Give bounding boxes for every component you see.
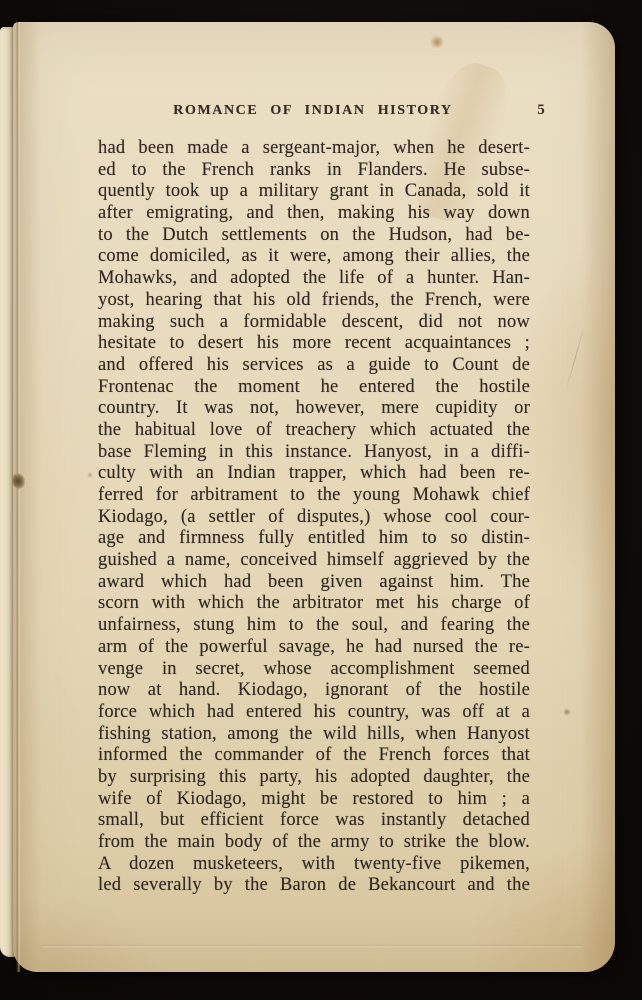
text-line: led severally by the Baron de Bekancourt… (98, 875, 530, 897)
scratch-mark (565, 323, 585, 391)
text-line: fishing station, among the wild hills, w… (98, 724, 530, 746)
text-line: venge in secret, whose accomplishment se… (98, 659, 530, 681)
text-line: age and firmness fully entitled him to s… (98, 528, 530, 550)
text-line: arm of the powerful savage, he had nurse… (98, 637, 530, 659)
text-line: culty with an Indian trapper, which had … (98, 463, 530, 485)
text-line: guished a name, conceived himself aggrie… (98, 550, 530, 572)
text-line: had been made a sergeant-major, when he … (98, 138, 530, 160)
stitch-hole (10, 472, 27, 491)
book-page: ROMANCE OF INDIAN HISTORY 5 had been mad… (13, 22, 615, 972)
text-line: ed to the French ranks in Flanders. He s… (98, 160, 530, 182)
text-line: come domiciled, as it were, among their … (98, 246, 530, 268)
text-line: force which had entered his country, was… (98, 702, 530, 724)
text-line: scorn with which the arbitrator met his … (98, 593, 530, 615)
running-header: ROMANCE OF INDIAN HISTORY (97, 102, 529, 119)
scan-background: ROMANCE OF INDIAN HISTORY 5 had been mad… (0, 0, 642, 1000)
text-line: the habitual love of treachery which act… (98, 420, 530, 442)
binding-crease (16, 22, 20, 972)
text-line: quently took up a military grant in Cana… (98, 181, 530, 203)
text-line: by surprising this party, his adopted da… (98, 767, 530, 789)
text-line: informed the commander of the French for… (98, 745, 530, 767)
bottom-crease (43, 944, 583, 948)
text-line: ferred for arbitrament to the young Moha… (98, 485, 530, 507)
text-line: A dozen musketeers, with twenty-five pik… (98, 854, 530, 876)
text-line: base Fleming in this instance. Hanyost, … (98, 442, 530, 464)
text-line: award which had been given against him. … (98, 572, 530, 594)
text-line: to the Dutch settlements on the Hudson, … (98, 225, 530, 247)
text-line: wife of Kiodago, might be restored to hi… (98, 789, 530, 811)
text-line: hesitate to desert his more recent acqua… (98, 333, 530, 355)
text-line: Mohawks, and adopted the life of a hunte… (98, 268, 530, 290)
text-line: unfairness, stung him to the soul, and f… (98, 615, 530, 637)
text-line: from the main body of the army to strike… (98, 832, 530, 854)
page-number: 5 (529, 101, 553, 119)
text-line: Frontenac the moment he entered the host… (98, 377, 530, 399)
text-line: country. It was not, however, mere cupid… (98, 398, 530, 420)
text-line: after emigrating, and then, making his w… (98, 203, 530, 225)
text-line: and offered his services as a guide to C… (98, 355, 530, 377)
text-line: making such a formidable descent, did no… (98, 312, 530, 334)
text-line: yost, hearing that his old friends, the … (98, 290, 530, 312)
text-line: now at hand. Kiodago, ignorant of the ho… (98, 680, 530, 702)
text-line: small, but efficient force was instantly… (98, 810, 530, 832)
body-text: had been made a sergeant-major, when he … (98, 138, 530, 897)
text-line: Kiodago, (a settler of disputes,) whose … (98, 507, 530, 529)
